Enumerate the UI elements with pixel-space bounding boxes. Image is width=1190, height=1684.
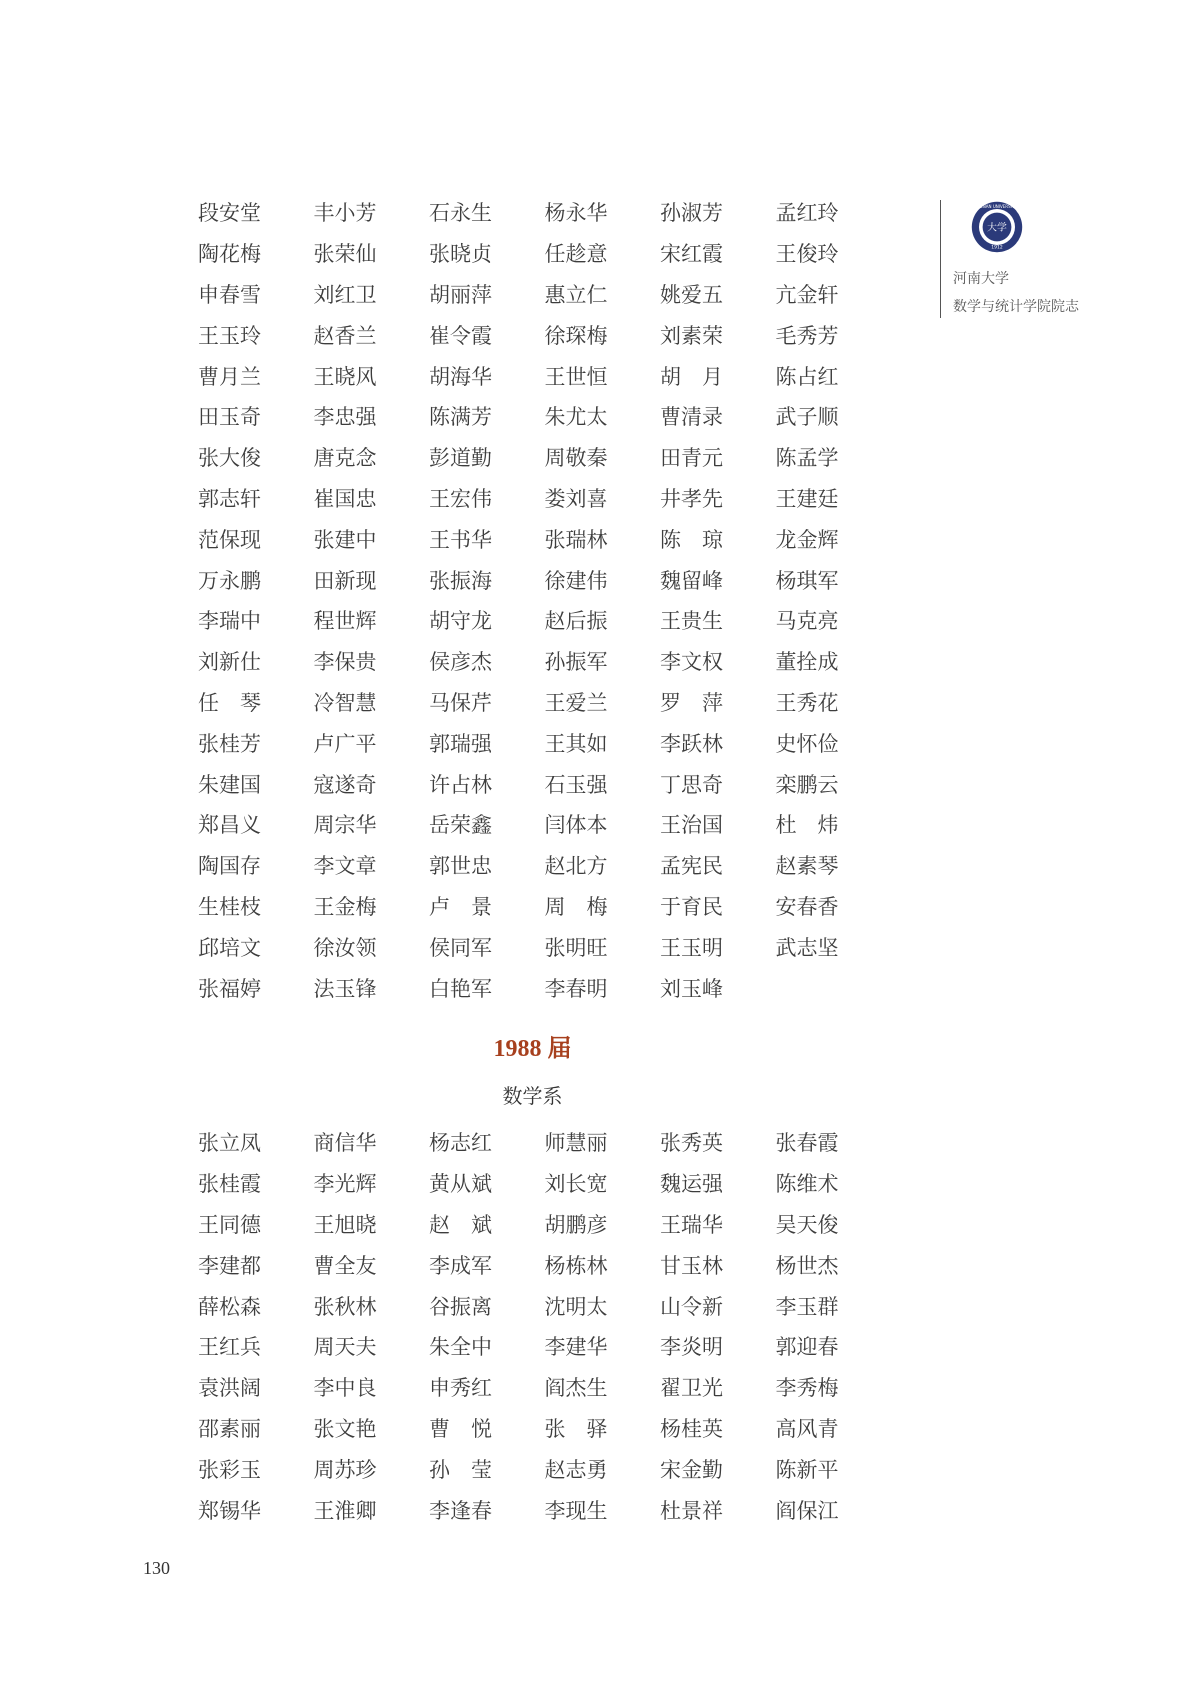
name-entry: 陶国存	[198, 850, 314, 880]
name-entry: 邱培文	[198, 932, 314, 962]
name-entry: 孟红玲	[776, 197, 892, 227]
sidebar-branding: 大学 1912 HENAN UNIVERSITY 河南大学 数学与统计学院院志	[940, 200, 1079, 318]
name-row: 王红兵周天夫朱全中李建华李炎明郭迎春	[198, 1326, 858, 1367]
name-entry: 田新现	[314, 565, 430, 595]
name-entry: 李春明	[545, 973, 661, 1003]
name-entry: 刘玉峰	[660, 973, 776, 1003]
name-row: 郭志轩崔国忠王宏伟娄刘喜井孝先王建廷	[198, 478, 858, 519]
name-entry: 张秀英	[660, 1127, 776, 1157]
name-entry: 杜 炜	[776, 809, 892, 839]
name-entry: 胡丽萍	[429, 279, 545, 309]
name-entry: 徐汝领	[314, 932, 430, 962]
name-entry: 王淮卿	[314, 1495, 430, 1525]
name-entry: 王秀花	[776, 687, 892, 717]
name-entry: 赵香兰	[314, 320, 430, 350]
name-row: 郑锡华王淮卿李逢春李现生杜景祥阎保江	[198, 1489, 858, 1530]
name-entry: 石永生	[429, 197, 545, 227]
name-entry: 李光辉	[314, 1168, 430, 1198]
name-row: 张桂芳卢广平郭瑞强王其如李跃林史怀俭	[198, 722, 858, 763]
name-entry: 张明旺	[545, 932, 661, 962]
name-entry: 杨栋林	[545, 1250, 661, 1280]
name-entry: 沈明太	[545, 1291, 661, 1321]
name-entry: 宋金勤	[660, 1454, 776, 1484]
name-row: 张福婷法玉锋白艳军李春明刘玉峰	[198, 967, 858, 1008]
name-entry: 薛松森	[198, 1291, 314, 1321]
name-entry: 孟宪民	[660, 850, 776, 880]
name-entry: 杜景祥	[660, 1495, 776, 1525]
name-entry: 武志坚	[776, 932, 892, 962]
name-entry: 亢金轩	[776, 279, 892, 309]
name-entry: 闫体本	[545, 809, 661, 839]
name-entry: 张瑞林	[545, 524, 661, 554]
name-entry: 郭迎春	[776, 1331, 892, 1361]
name-entry: 王瑞华	[660, 1209, 776, 1239]
name-entry: 李瑞中	[198, 605, 314, 635]
name-entry: 李文章	[314, 850, 430, 880]
name-entry: 申春雪	[198, 279, 314, 309]
name-entry: 曹 悦	[429, 1413, 545, 1443]
name-entry: 李跃林	[660, 728, 776, 758]
name-entry: 赵志勇	[545, 1454, 661, 1484]
name-entry: 曹清录	[660, 401, 776, 431]
name-entry: 张立凤	[198, 1127, 314, 1157]
year-heading: 1988 届	[0, 1028, 1065, 1063]
svg-text:1912: 1912	[991, 245, 1003, 251]
name-entry: 法玉锋	[314, 973, 430, 1003]
name-entry: 娄刘喜	[545, 483, 661, 513]
name-entry: 徐琛梅	[545, 320, 661, 350]
name-entry: 李现生	[545, 1495, 661, 1525]
name-row: 李建都曹全友李成军杨栋林甘玉林杨世杰	[198, 1244, 858, 1285]
name-entry: 岳荣鑫	[429, 809, 545, 839]
name-entry: 刘红卫	[314, 279, 430, 309]
name-row: 生桂枝王金梅卢 景周 梅于育民安春香	[198, 886, 858, 927]
name-entry: 陈维术	[776, 1168, 892, 1198]
name-entry: 陈满芳	[429, 401, 545, 431]
name-entry: 马保芹	[429, 687, 545, 717]
name-entry: 山令新	[660, 1291, 776, 1321]
university-name: 河南大学	[953, 268, 1079, 288]
name-entry: 郭世忠	[429, 850, 545, 880]
name-row: 李瑞中程世辉胡守龙赵后振王贵生马克亮	[198, 600, 858, 641]
name-entry: 曹全友	[314, 1250, 430, 1280]
department-heading: 数学系	[0, 1080, 1065, 1109]
name-entry: 王爱兰	[545, 687, 661, 717]
name-entry: 李秀梅	[776, 1372, 892, 1402]
name-entry: 史怀俭	[776, 728, 892, 758]
name-entry: 魏留峰	[660, 565, 776, 595]
name-entry: 井孝先	[660, 483, 776, 513]
name-entry: 毛秀芳	[776, 320, 892, 350]
name-entry: 胡鹏彦	[545, 1209, 661, 1239]
name-entry: 阎保江	[776, 1495, 892, 1525]
name-entry: 王建廷	[776, 483, 892, 513]
name-entry: 朱全中	[429, 1331, 545, 1361]
name-entry: 申秀红	[429, 1372, 545, 1402]
name-row: 王玉玲赵香兰崔令霞徐琛梅刘素荣毛秀芳	[198, 314, 858, 355]
name-entry: 王俊玲	[776, 238, 892, 268]
name-entry: 陈孟学	[776, 442, 892, 472]
name-row: 田玉奇李忠强陈满芳朱尤太曹清录武子顺	[198, 396, 858, 437]
name-entry: 周苏珍	[314, 1454, 430, 1484]
name-entry: 王红兵	[198, 1331, 314, 1361]
name-entry: 卢 景	[429, 891, 545, 921]
name-entry: 姚爱五	[660, 279, 776, 309]
name-entry: 邵素丽	[198, 1413, 314, 1443]
name-row: 刘新仕李保贵侯彦杰孙振军李文权董拴成	[198, 641, 858, 682]
name-row: 申春雪刘红卫胡丽萍惠立仁姚爱五亢金轩	[198, 274, 858, 315]
book-title: 数学与统计学院院志	[953, 296, 1079, 316]
name-entry: 魏运强	[660, 1168, 776, 1198]
name-entry: 丰小芳	[314, 197, 430, 227]
name-entry: 白艳军	[429, 973, 545, 1003]
name-row: 张立凤商信华杨志红师慧丽张秀英张春霞	[198, 1122, 858, 1163]
name-entry: 曹月兰	[198, 361, 314, 391]
name-entry: 张春霞	[776, 1127, 892, 1157]
name-entry: 袁洪阔	[198, 1372, 314, 1402]
name-entry: 吴天俊	[776, 1209, 892, 1239]
name-entry: 田玉奇	[198, 401, 314, 431]
name-entry: 周 梅	[545, 891, 661, 921]
name-entry: 李玉群	[776, 1291, 892, 1321]
name-entry: 郭志轩	[198, 483, 314, 513]
name-entry: 宋红霞	[660, 238, 776, 268]
name-entry: 张晓贞	[429, 238, 545, 268]
name-entry: 胡守龙	[429, 605, 545, 635]
name-row: 万永鹏田新现张振海徐建伟魏留峰杨琪军	[198, 559, 858, 600]
name-entry: 寇遂奇	[314, 769, 430, 799]
name-entry: 赵北方	[545, 850, 661, 880]
name-entry: 商信华	[314, 1127, 430, 1157]
name-entry: 刘长宽	[545, 1168, 661, 1198]
name-entry: 范保现	[198, 524, 314, 554]
name-row: 王同德王旭晓赵 斌胡鹏彦王瑞华吴天俊	[198, 1204, 858, 1245]
name-entry: 王旭晓	[314, 1209, 430, 1239]
name-entry: 王书华	[429, 524, 545, 554]
name-entry: 孙振军	[545, 646, 661, 676]
name-entry: 朱建国	[198, 769, 314, 799]
name-entry: 任 琴	[198, 687, 314, 717]
name-entry: 李建华	[545, 1331, 661, 1361]
name-entry: 刘素荣	[660, 320, 776, 350]
name-entry: 李成军	[429, 1250, 545, 1280]
name-entry: 杨桂英	[660, 1413, 776, 1443]
university-seal-icon: 大学 1912 HENAN UNIVERSITY	[970, 200, 1024, 254]
name-row: 张彩玉周苏珍孙 莹赵志勇宋金勤陈新平	[198, 1448, 858, 1489]
name-entry: 董拴成	[776, 646, 892, 676]
name-entry: 王金梅	[314, 891, 430, 921]
name-entry: 杨永华	[545, 197, 661, 227]
name-row: 朱建国寇遂奇许占林石玉强丁思奇栾鹏云	[198, 763, 858, 804]
name-entry: 张桂霞	[198, 1168, 314, 1198]
name-row: 段安堂丰小芳石永生杨永华孙淑芳孟红玲	[198, 192, 858, 233]
name-entry: 郑锡华	[198, 1495, 314, 1525]
name-entry: 高风青	[776, 1413, 892, 1443]
name-entry: 王同德	[198, 1209, 314, 1239]
name-entry: 孙淑芳	[660, 197, 776, 227]
name-entry: 王宏伟	[429, 483, 545, 513]
name-entry: 王治国	[660, 809, 776, 839]
name-entry: 生桂枝	[198, 891, 314, 921]
name-entry: 马克亮	[776, 605, 892, 635]
name-entry: 田青元	[660, 442, 776, 472]
name-entry: 安春香	[776, 891, 892, 921]
name-entry: 崔国忠	[314, 483, 430, 513]
name-entry: 王晓风	[314, 361, 430, 391]
name-entry: 冷智慧	[314, 687, 430, 717]
name-entry: 彭道勤	[429, 442, 545, 472]
page-number: 130	[143, 1558, 170, 1579]
name-entry: 许占林	[429, 769, 545, 799]
name-entry: 胡 月	[660, 361, 776, 391]
name-entry: 王其如	[545, 728, 661, 758]
name-entry: 周宗华	[314, 809, 430, 839]
name-entry: 罗 萍	[660, 687, 776, 717]
name-row: 任 琴冷智慧马保芹王爱兰罗 萍王秀花	[198, 682, 858, 723]
name-row: 邱培文徐汝领侯同军张明旺王玉明武志坚	[198, 926, 858, 967]
name-entry: 赵素琴	[776, 850, 892, 880]
name-entry: 杨世杰	[776, 1250, 892, 1280]
name-entry: 陶花梅	[198, 238, 314, 268]
name-entry: 陈新平	[776, 1454, 892, 1484]
name-row: 曹月兰王晓风胡海华王世恒胡 月陈占红	[198, 355, 858, 396]
name-row: 陶花梅张荣仙张晓贞任趁意宋红霞王俊玲	[198, 233, 858, 274]
name-entry: 段安堂	[198, 197, 314, 227]
name-entry: 唐克念	[314, 442, 430, 472]
name-entry: 杨琪军	[776, 565, 892, 595]
name-entry: 张荣仙	[314, 238, 430, 268]
name-entry: 张文艳	[314, 1413, 430, 1443]
name-entry: 龙金辉	[776, 524, 892, 554]
name-entry: 卢广平	[314, 728, 430, 758]
name-entry: 李建都	[198, 1250, 314, 1280]
name-entry: 周天夫	[314, 1331, 430, 1361]
name-entry: 张大俊	[198, 442, 314, 472]
name-entry: 万永鹏	[198, 565, 314, 595]
name-row: 郑昌义周宗华岳荣鑫闫体本王治国杜 炜	[198, 804, 858, 845]
name-entry: 王玉玲	[198, 320, 314, 350]
name-entry: 朱尤太	[545, 401, 661, 431]
name-entry: 侯彦杰	[429, 646, 545, 676]
name-entry: 杨志红	[429, 1127, 545, 1157]
svg-text:HENAN UNIVERSITY: HENAN UNIVERSITY	[977, 204, 1017, 209]
name-row: 陶国存李文章郭世忠赵北方孟宪民赵素琴	[198, 845, 858, 886]
name-entry: 张福婷	[198, 973, 314, 1003]
name-entry: 王玉明	[660, 932, 776, 962]
name-row: 薛松森张秋林谷振离沈明太山令新李玉群	[198, 1285, 858, 1326]
name-entry: 石玉强	[545, 769, 661, 799]
name-entry: 张 驿	[545, 1413, 661, 1443]
name-entry: 翟卫光	[660, 1372, 776, 1402]
name-row: 邵素丽张文艳曹 悦张 驿杨桂英高风青	[198, 1408, 858, 1449]
name-entry: 张秋林	[314, 1291, 430, 1321]
name-entry: 丁思奇	[660, 769, 776, 799]
name-entry: 任趁意	[545, 238, 661, 268]
name-entry: 胡海华	[429, 361, 545, 391]
name-entry: 赵 斌	[429, 1209, 545, 1239]
name-entry: 郭瑞强	[429, 728, 545, 758]
name-entry: 张彩玉	[198, 1454, 314, 1484]
name-entry: 李中良	[314, 1372, 430, 1402]
name-entry: 栾鹏云	[776, 769, 892, 799]
name-entry: 武子顺	[776, 401, 892, 431]
name-entry: 张桂芳	[198, 728, 314, 758]
svg-text:大学: 大学	[987, 221, 1007, 234]
name-entry: 张振海	[429, 565, 545, 595]
name-entry: 刘新仕	[198, 646, 314, 676]
name-entry: 崔令霞	[429, 320, 545, 350]
name-entry: 孙 莹	[429, 1454, 545, 1484]
name-entry: 王贵生	[660, 605, 776, 635]
name-row: 范保现张建中王书华张瑞林陈 琼龙金辉	[198, 518, 858, 559]
name-entry: 阎杰生	[545, 1372, 661, 1402]
name-entry: 甘玉林	[660, 1250, 776, 1280]
names-list-top: 段安堂丰小芳石永生杨永华孙淑芳孟红玲陶花梅张荣仙张晓贞任趁意宋红霞王俊玲申春雪刘…	[198, 192, 858, 1008]
name-entry: 张建中	[314, 524, 430, 554]
name-entry: 赵后振	[545, 605, 661, 635]
name-entry: 郑昌义	[198, 809, 314, 839]
name-entry: 于育民	[660, 891, 776, 921]
name-entry: 陈 琼	[660, 524, 776, 554]
name-entry: 师慧丽	[545, 1127, 661, 1157]
names-list-1988: 张立凤商信华杨志红师慧丽张秀英张春霞张桂霞李光辉黄从斌刘长宽魏运强陈维术王同德王…	[198, 1122, 858, 1530]
name-row: 袁洪阔李中良申秀红阎杰生翟卫光李秀梅	[198, 1367, 858, 1408]
name-entry: 李文权	[660, 646, 776, 676]
name-entry: 黄从斌	[429, 1168, 545, 1198]
name-entry: 谷振离	[429, 1291, 545, 1321]
name-row: 张大俊唐克念彭道勤周敬秦田青元陈孟学	[198, 437, 858, 478]
name-row: 张桂霞李光辉黄从斌刘长宽魏运强陈维术	[198, 1163, 858, 1204]
name-entry: 程世辉	[314, 605, 430, 635]
name-entry: 李逢春	[429, 1495, 545, 1525]
name-entry: 李忠强	[314, 401, 430, 431]
name-entry: 周敬秦	[545, 442, 661, 472]
name-entry: 王世恒	[545, 361, 661, 391]
name-entry: 徐建伟	[545, 565, 661, 595]
name-entry: 惠立仁	[545, 279, 661, 309]
name-entry: 陈占红	[776, 361, 892, 391]
name-entry: 侯同军	[429, 932, 545, 962]
name-entry: 李炎明	[660, 1331, 776, 1361]
name-entry: 李保贵	[314, 646, 430, 676]
